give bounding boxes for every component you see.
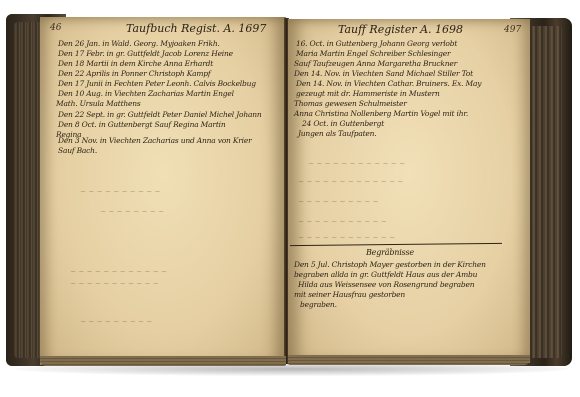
manuscript-line: Den 18 Martii in dem Kirche Anna Erhardt (58, 59, 213, 68)
manuscript-line: gezeugt mit dr. Hammeriste in Mustern (296, 89, 440, 98)
right-page-edges (532, 26, 562, 358)
bleed-through-text: ~ ~ ~ ~ ~ ~ ~ ~ ~ ~ ~ ~ ~ (298, 177, 403, 186)
right-page-bottom-edge (288, 355, 530, 365)
manuscript-line: Den 8 Oct. in Guttenbergt Sauf Regina Ma… (58, 120, 225, 129)
manuscript-line: Den 14. Nov. in Viechten Cathar. Bruiner… (296, 79, 481, 88)
manuscript-line: Den 17 Junii in Fechten Peter Leonh. Cal… (58, 79, 256, 88)
right-page-heading: Tauff Register A. 1698 (338, 23, 463, 36)
manuscript-line: Anna Christina Nollenberg Martin Vogel m… (294, 109, 468, 118)
left-page: 46 Taufbuch Regist. A. 1697 Den 26 Jan. … (40, 17, 286, 365)
manuscript-line: Den 14. Nov. in Viechten Sand Michael St… (294, 69, 473, 78)
manuscript-line: Den 22 Sept. in gr. Guttfeldt Peter Dani… (58, 110, 261, 119)
bleed-through-text: ~ ~ ~ ~ ~ ~ ~ ~ ~ (80, 317, 152, 326)
manuscript-line: Den 5 Jul. Christoph Mayer gestorben in … (294, 260, 486, 269)
bleed-through-text: ~ ~ ~ ~ ~ ~ ~ ~ ~ ~ (80, 187, 161, 196)
manuscript-line: Den 10 Aug. in Viechten Zacharias Martin… (58, 89, 234, 98)
left-page-number: 46 (50, 23, 61, 33)
bleed-through-text: ~ ~ ~ ~ ~ ~ ~ ~ ~ ~ ~ ~ (308, 159, 405, 168)
manuscript-line: Den 22 Aprilis in Ponner Christoph Kampf (58, 69, 210, 78)
manuscript-line: Den 26 Jan. in Wald. Georg. Myjoaken Fri… (58, 39, 220, 48)
bleed-through-text: ~ ~ ~ ~ ~ ~ ~ ~ ~ ~ ~ ~ (70, 267, 167, 276)
manuscript-line: begraben. (300, 300, 337, 309)
manuscript-line: Sauf Bach. (58, 146, 97, 155)
bleed-through-text: ~ ~ ~ ~ ~ ~ ~ ~ (100, 207, 164, 216)
left-page-heading: Taufbuch Regist. A. 1697 (126, 22, 266, 35)
manuscript-line: 16. Oct. in Guttenberg Johann Georg verl… (296, 39, 457, 48)
manuscript-line: mit seiner Hausfrau gestorben (294, 290, 405, 299)
manuscript-line: begraben allda in gr. Guttfeldt Haus aus… (294, 270, 477, 279)
manuscript-line: Den 17 Febr. in gr. Guttfeldt Jacob Lore… (58, 49, 233, 58)
manuscript-line: Maria Martin Engel Schreiber Schlesinger (296, 49, 450, 58)
right-page-number: 497 (504, 25, 521, 35)
manuscript-line: Math. Ursula Matthens (56, 99, 141, 108)
right-page: Tauff Register A. 1698 497 16. Oct. in G… (288, 19, 530, 363)
manuscript-line: Sauf Taufzeugen Anna Margaretha Bruckner (294, 59, 457, 68)
manuscript-line: Jungen als Taufpaten. (298, 129, 376, 138)
bleed-through-text: ~ ~ ~ ~ ~ ~ ~ ~ ~ ~ (298, 197, 379, 206)
manuscript-line: 24 Oct. in Guttenbergt (302, 119, 384, 128)
section-heading: Begräbnisse (366, 248, 414, 257)
manuscript-line: Den 3 Nov. in Viechten Zacharias und Ann… (58, 136, 251, 145)
left-page-bottom-edge (40, 356, 286, 366)
bleed-through-text: ~ ~ ~ ~ ~ ~ ~ ~ ~ ~ ~ (70, 279, 159, 288)
manuscript-line: Hilda aus Weissensee von Rosengrund begr… (298, 280, 474, 289)
manuscript-line: Thomas gewesen Schulmeister (294, 99, 407, 108)
bleed-through-text: ~ ~ ~ ~ ~ ~ ~ ~ ~ ~ ~ ~ (298, 233, 395, 242)
bleed-through-text: ~ ~ ~ ~ ~ ~ ~ ~ ~ ~ ~ (298, 217, 387, 226)
